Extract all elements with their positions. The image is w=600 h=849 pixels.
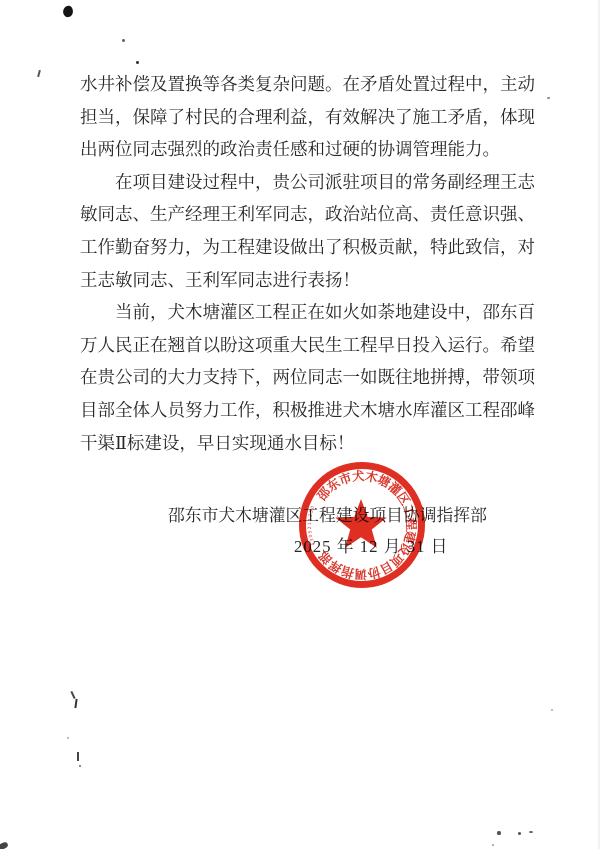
seal-code: 4305211250 bbox=[307, 504, 317, 546]
seal-star-icon bbox=[335, 499, 386, 548]
scanned-letter-page: 水井补偿及置换等各类复杂问题。在矛盾处置过程中，主动担当，保障了村民的合理利益，… bbox=[0, 0, 600, 849]
scan-artifact bbox=[547, 97, 550, 99]
scan-artifact bbox=[77, 752, 79, 761]
scan-artifact bbox=[79, 765, 81, 767]
text-line: 在项目建设过程中，贵公司派驻项目的常务副经理王志 bbox=[80, 166, 522, 199]
text-line: 工作勤奋努力，为工程建设做出了积极贡献，特此致信，对 bbox=[80, 231, 522, 264]
body-text: 水井补偿及置换等各类复杂问题。在矛盾处置过程中，主动担当，保障了村民的合理利益，… bbox=[80, 68, 522, 459]
official-seal-stamp: 邵东市犬木塘灌区工程建设项目协调指挥部 4305211250 bbox=[296, 459, 428, 591]
text-line: 王志敏同志、王利军同志进行表扬！ bbox=[80, 264, 522, 297]
scan-artifact bbox=[37, 70, 41, 77]
text-line: 在贵公司的大力支持下，两位同志一如既往地拼搏，带领项 bbox=[80, 361, 522, 394]
text-line: 出两位同志强烈的政治责任感和过硬的协调管理能力。 bbox=[80, 133, 522, 166]
scan-artifact bbox=[70, 691, 75, 699]
scan-artifact bbox=[0, 841, 9, 849]
scan-artifact bbox=[67, 737, 69, 739]
text-line: 万人民正在翘首以盼这项重大民生工程早日投入运行。希望 bbox=[80, 329, 522, 362]
text-line: 担当，保障了村民的合理利益，有效解决了施工矛盾，体现 bbox=[80, 101, 522, 134]
scan-artifact bbox=[492, 844, 494, 846]
scan-artifact bbox=[122, 39, 125, 42]
scan-artifact bbox=[497, 831, 501, 835]
scan-artifact bbox=[518, 832, 521, 835]
scan-artifact bbox=[74, 699, 77, 708]
text-line: 目部全体人员努力工作，积极推进犬木塘水库灌区工程邵峰 bbox=[80, 394, 522, 427]
scan-artifact bbox=[529, 831, 533, 833]
text-line: 当前，犬木塘灌区工程正在如火如荼地建设中，邵东百 bbox=[80, 296, 522, 329]
scan-artifact bbox=[551, 709, 553, 711]
scan-artifact bbox=[136, 61, 139, 64]
text-line: 水井补偿及置换等各类复杂问题。在矛盾处置过程中，主动 bbox=[80, 68, 522, 101]
text-line: 干渠Ⅱ标建设，早日实现通水目标！ bbox=[80, 427, 522, 460]
scan-artifact bbox=[62, 5, 75, 18]
text-line: 敏同志、生产经理王利军同志，政治站位高、责任意识强、 bbox=[80, 198, 522, 231]
